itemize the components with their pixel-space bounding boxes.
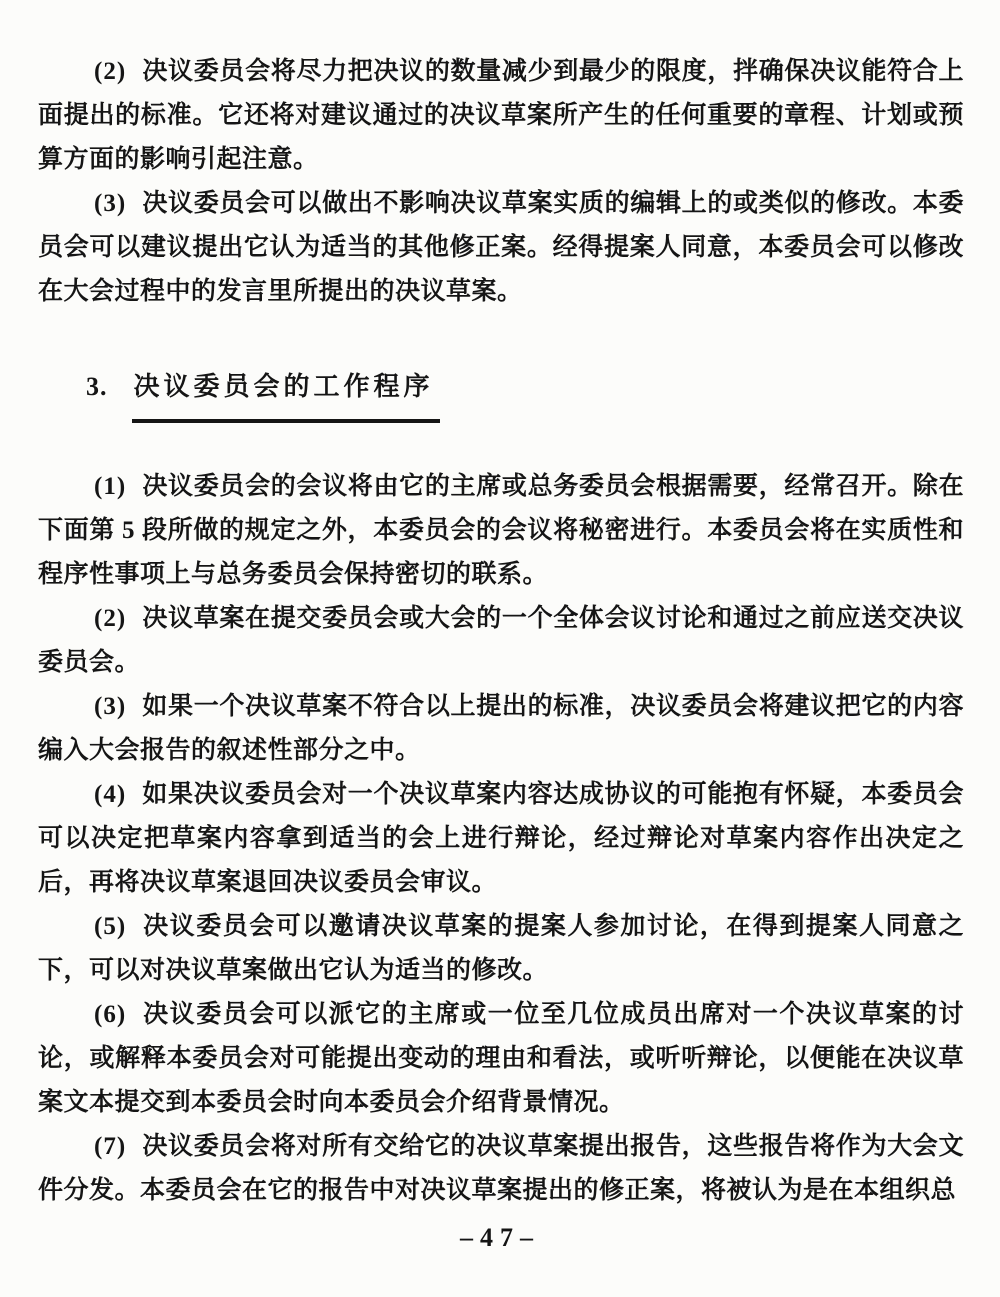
paragraph-procedure-5: (5)决议委员会可以邀请决议草案的提案人参加讨论，在得到提案人同意之下，可以对决… <box>38 905 964 993</box>
section-heading: 3.决议委员会的工作程序 <box>86 364 964 423</box>
paragraph-marker: (2) <box>94 50 126 94</box>
paragraph-text: 决议委员会可以派它的主席或一位至几位成员出席对一个决议草案的讨论，或解释本委员会… <box>38 1001 964 1116</box>
paragraph-procedure-3: (3)如果一个决议草案不符合以上提出的标准，决议委员会将建议把它的内容编入大会报… <box>38 685 964 773</box>
paragraph-procedure-4: (4)如果决议委员会对一个决议草案内容达成协议的可能抱有怀疑，本委员会可以决定把… <box>38 773 964 905</box>
paragraph-marker: (5) <box>94 905 126 949</box>
document-page: (2)决议委员会将尽力把决议的数量减少到最少的限度，拌确保决议能符合上面提出的标… <box>0 0 1000 1297</box>
paragraph-marker: (2) <box>94 597 126 641</box>
paragraph-intro-3: (3)决议委员会可以做出不影响决议草案实质的编辑上的或类似的修改。本委员会可以建… <box>38 182 964 314</box>
paragraph-text: 决议委员会将尽力把决议的数量减少到最少的限度，拌确保决议能符合上面提出的标准。它… <box>38 58 964 173</box>
paragraph-text: 决议委员会可以做出不影响决议草案实质的编辑上的或类似的修改。本委员会可以建议提出… <box>38 190 964 305</box>
paragraph-marker: (3) <box>94 182 126 226</box>
paragraph-marker: (3) <box>94 685 126 729</box>
paragraph-text: 决议草案在提交委员会或大会的一个全体会议讨论和通过之前应送交决议委员会。 <box>38 605 964 676</box>
paragraph-text: 决议委员会可以邀请决议草案的提案人参加讨论，在得到提案人同意之下，可以对决议草案… <box>38 913 964 984</box>
paragraph-text: 如果决议委员会对一个决议草案内容达成协议的可能抱有怀疑，本委员会可以决定把草案内… <box>38 781 964 896</box>
paragraph-text: 决议委员会将对所有交给它的决议草案提出报告，这些报告将作为大会文件分发。本委员会… <box>38 1133 964 1204</box>
paragraph-intro-2: (2)决议委员会将尽力把决议的数量减少到最少的限度，拌确保决议能符合上面提出的标… <box>38 50 964 182</box>
page-content: (2)决议委员会将尽力把决议的数量减少到最少的限度，拌确保决议能符合上面提出的标… <box>0 0 1000 1213</box>
page-number: –47– <box>0 1223 1000 1253</box>
paragraph-marker: (7) <box>94 1125 126 1169</box>
section-number: 3. <box>86 364 108 410</box>
paragraph-marker: (6) <box>94 993 126 1037</box>
paragraph-text: 决议委员会的会议将由它的主席或总务委员会根据需要，经常召开。除在下面第 5 段所… <box>38 473 964 588</box>
paragraph-marker: (1) <box>94 465 126 509</box>
paragraph-procedure-1: (1)决议委员会的会议将由它的主席或总务委员会根据需要，经常召开。除在下面第 5… <box>38 465 964 597</box>
section-title: 决议委员会的工作程序 <box>132 364 440 423</box>
paragraph-procedure-7: (7)决议委员会将对所有交给它的决议草案提出报告，这些报告将作为大会文件分发。本… <box>38 1125 964 1213</box>
paragraph-procedure-6: (6)决议委员会可以派它的主席或一位至几位成员出席对一个决议草案的讨论，或解释本… <box>38 993 964 1125</box>
paragraph-marker: (4) <box>94 773 126 817</box>
paragraph-text: 如果一个决议草案不符合以上提出的标准，决议委员会将建议把它的内容编入大会报告的叙… <box>38 693 964 764</box>
paragraph-procedure-2: (2)决议草案在提交委员会或大会的一个全体会议讨论和通过之前应送交决议委员会。 <box>38 597 964 685</box>
